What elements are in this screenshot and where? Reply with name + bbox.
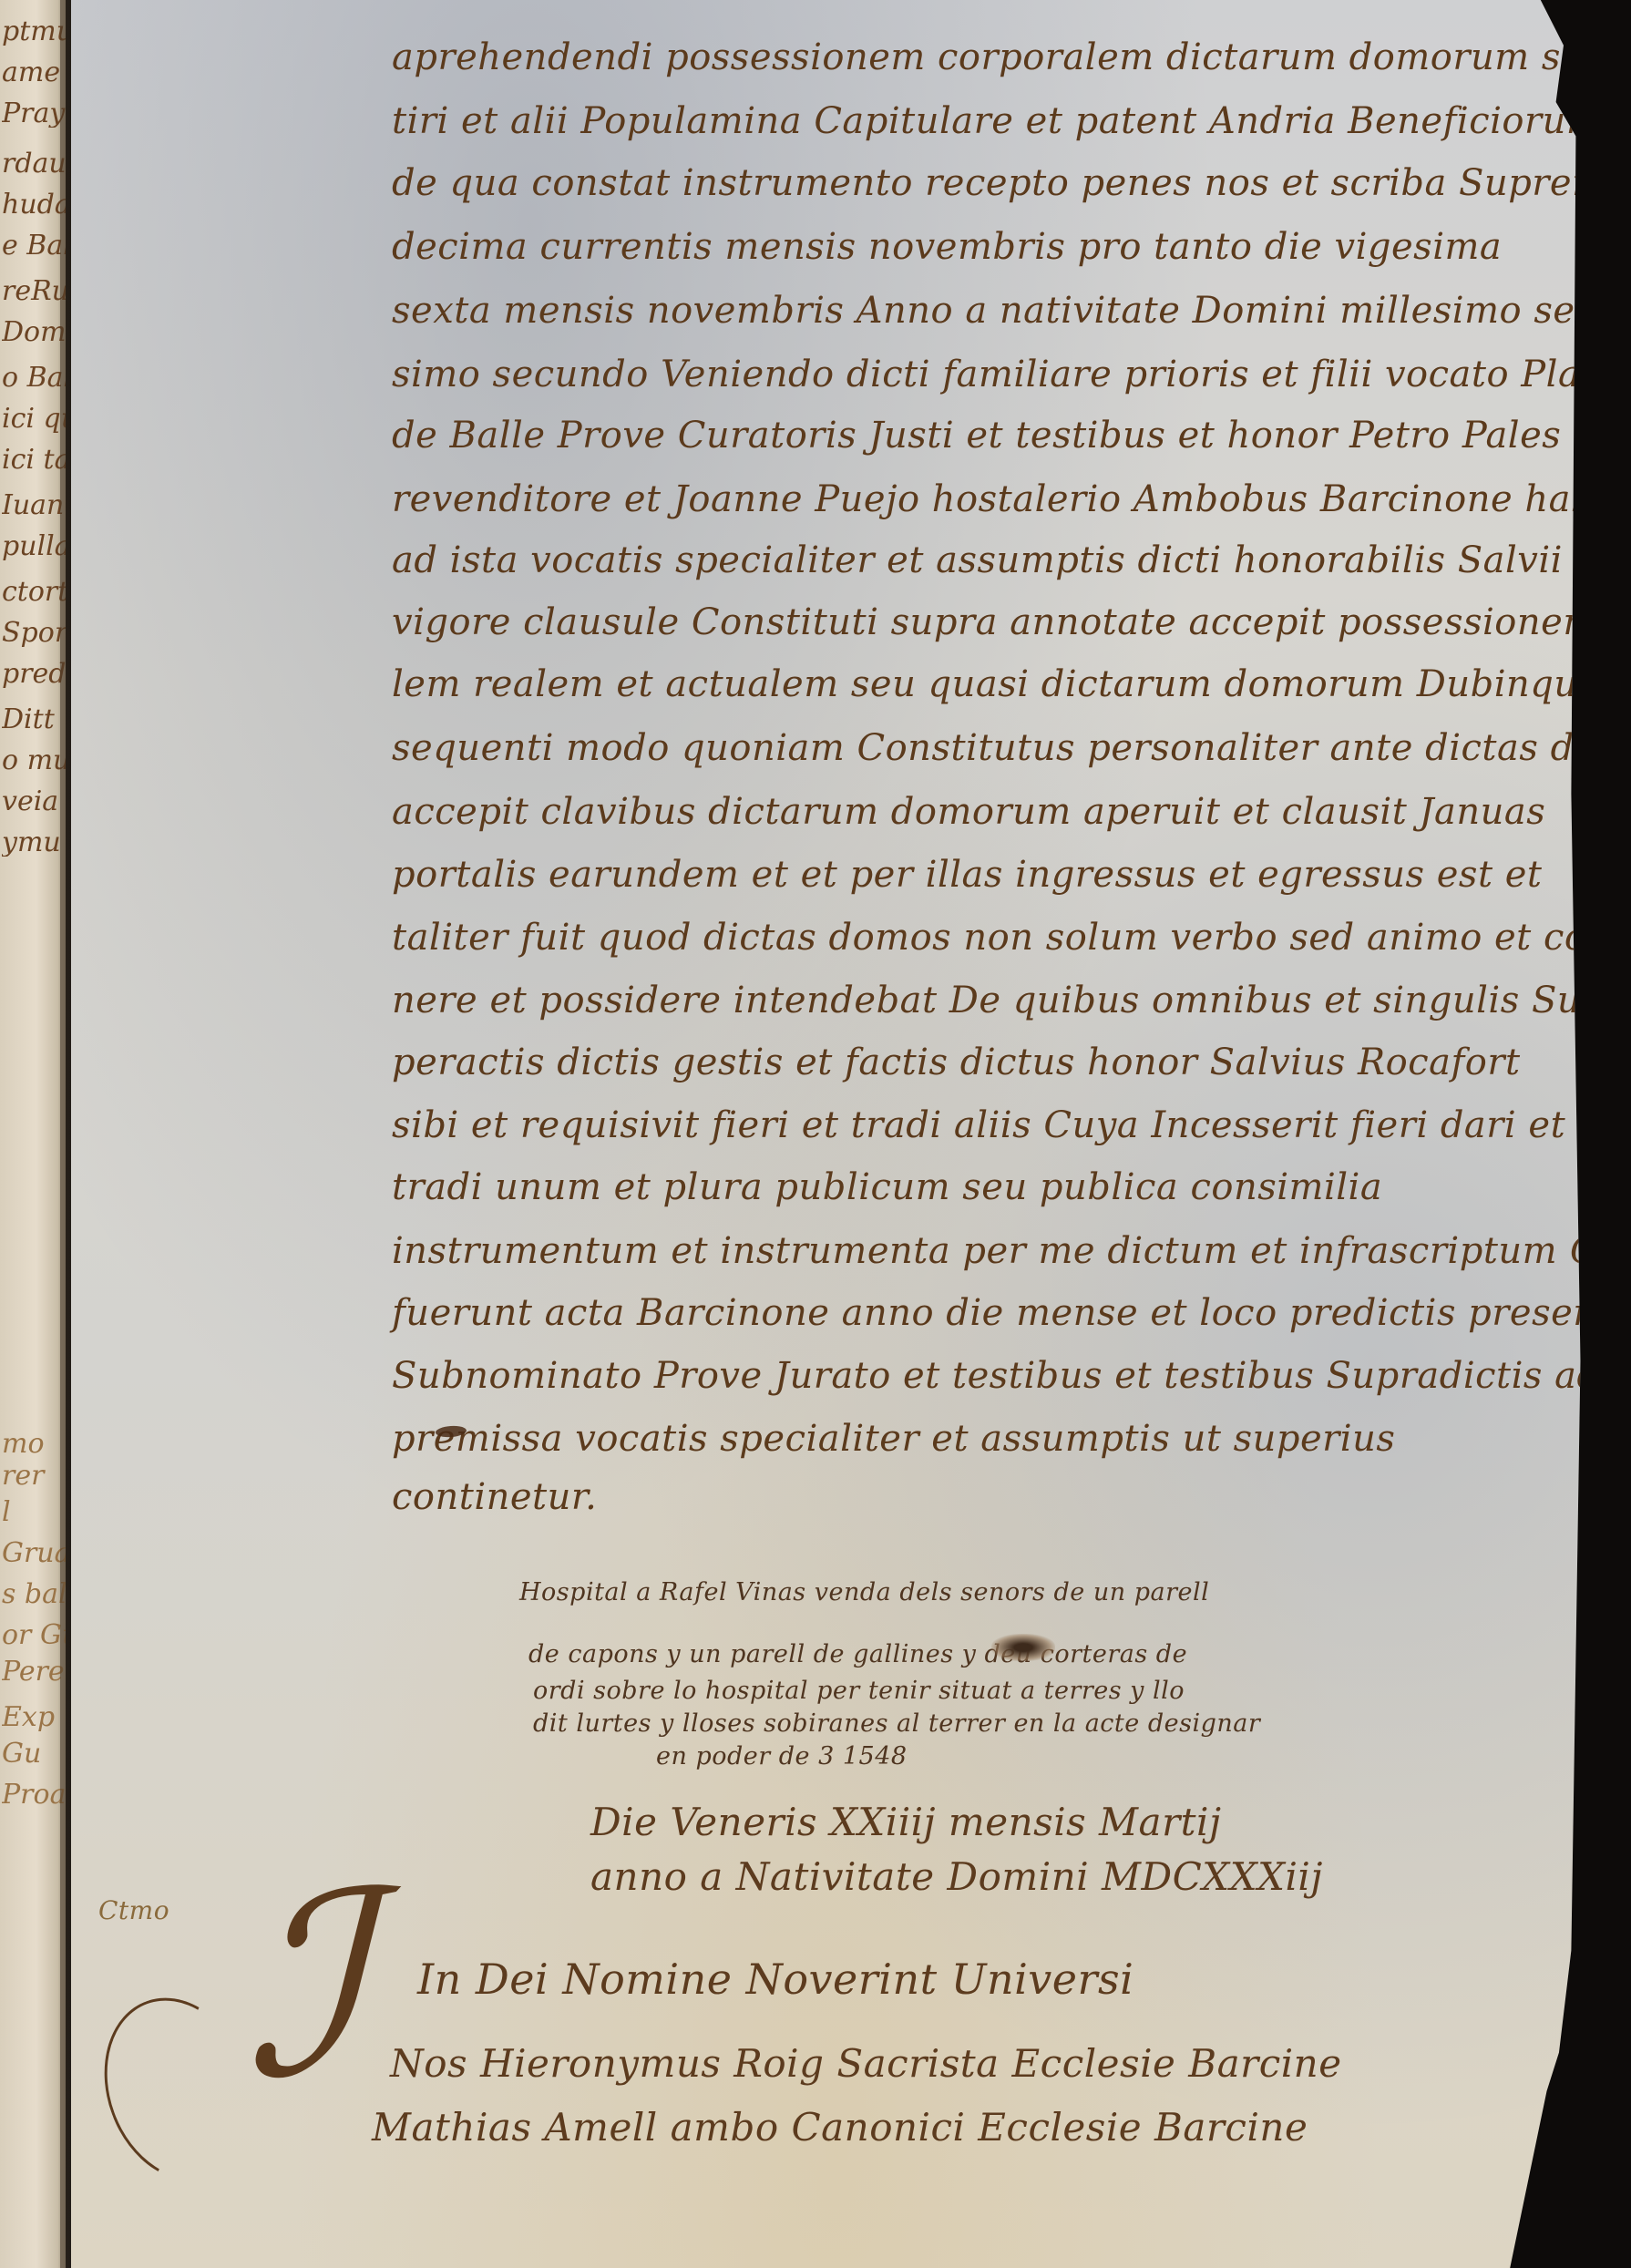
facing-page-line: Exp xyxy=(2,1704,66,1731)
facing-page-line: ici tal xyxy=(2,446,66,474)
ink-stain xyxy=(991,1634,1055,1661)
invocation-line-1: In Dei Nomine Noverint Universi xyxy=(417,1955,1133,2004)
facing-page-line: ame xyxy=(2,59,66,87)
manuscript-line: sibi et requisivit fieri et tradi aliis … xyxy=(392,1104,1565,1146)
facing-page-line: Grua xyxy=(2,1540,66,1567)
manuscript-line: tradi unum et plura publicum seu publica… xyxy=(392,1166,1382,1208)
facing-page-line: or Gu xyxy=(2,1622,66,1649)
facing-page-line: rer xyxy=(2,1462,66,1490)
facing-page-line: ici que xyxy=(2,405,66,433)
facing-page-line: o Bal xyxy=(2,364,66,392)
invocation-line-3: Mathias Amell ambo Canonici Ecclesie Bar… xyxy=(372,2105,1308,2150)
facing-page-line: ymu xyxy=(2,829,66,857)
facing-page-line: Domi xyxy=(2,319,66,346)
facing-page-line: Iuan xyxy=(2,492,66,519)
manuscript-line: ad ista vocatis specialiter et assumptis… xyxy=(392,539,1631,581)
facing-page-line: veia xyxy=(2,788,66,816)
manuscript-line: peractis dictis gestis et factis dictus … xyxy=(392,1042,1521,1083)
facing-page-line: o mu xyxy=(2,747,66,775)
facing-page-line: Spor xyxy=(2,620,66,647)
facing-page-line: predi xyxy=(2,661,66,688)
decorative-initial-flourish: ℐ xyxy=(244,1859,364,2114)
manuscript-line: sequenti modo quoniam Constitutus person… xyxy=(392,727,1631,769)
annotation-line: ordi sobre lo hospital per tenir situat … xyxy=(533,1677,1185,1705)
annotation-line: de capons y un parell de gallines y deu … xyxy=(528,1640,1187,1668)
manuscript-line: de Balle Prove Curatoris Justi et testib… xyxy=(392,415,1561,457)
facing-page-line: reRu xyxy=(2,278,66,305)
manuscript-line: decima currentis mensis novembris pro ta… xyxy=(392,226,1502,268)
facing-page-edge: ptmuamePrayrdauhudae BalreRuDomio Balici… xyxy=(0,0,66,2268)
manuscript-line: instrumentum et instrumenta per me dictu… xyxy=(392,1230,1631,1272)
manuscript-line: premissa vocatis specialiter et assumpti… xyxy=(392,1418,1395,1460)
manuscript-line: Subnominato Prove Jurato et testibus et … xyxy=(392,1355,1601,1397)
annotation-line: dit lurtes y lloses sobiranes al terrer … xyxy=(533,1709,1260,1738)
annotation-line: Hospital a Rafel Vinas venda dels senors… xyxy=(519,1578,1209,1606)
manuscript-line: portalis earundem et et per illas ingres… xyxy=(392,854,1542,896)
manuscript-line: nere et possidere intendebat De quibus o… xyxy=(392,980,1631,1021)
manuscript-line: fuerunt acta Barcinone anno die mense et… xyxy=(392,1292,1631,1334)
facing-page-line: Perer xyxy=(2,1658,66,1686)
annotation-line: en poder de 3 1548 xyxy=(656,1742,908,1770)
facing-page-line: Proap xyxy=(2,1781,66,1809)
facing-page-line: pulla xyxy=(2,533,66,560)
manuscript-line: aprehendendi possessionem corporalem dic… xyxy=(392,36,1631,78)
facing-page-line: ptmu xyxy=(2,18,66,46)
manuscript-line: sexta mensis novembris Anno a nativitate… xyxy=(392,290,1631,332)
manuscript-line: continetur. xyxy=(392,1476,597,1518)
manuscript-line: revenditore et Joanne Puejo hostalerio A… xyxy=(392,478,1631,520)
facing-page-line: rdau xyxy=(2,150,66,178)
manuscript-line: accepit clavibus dictarum domorum aperui… xyxy=(392,791,1545,833)
manuscript-line: lem realem et actualem seu quasi dictaru… xyxy=(392,663,1590,705)
facing-page-line: mo xyxy=(2,1431,66,1458)
manuscript-line: tiri et alii Populamina Capitulare et pa… xyxy=(392,100,1601,142)
manuscript-line: simo secundo Veniendo dicti familiare pr… xyxy=(392,354,1631,395)
manuscript-folio: aprehendendi possessionem corporalem dic… xyxy=(71,0,1602,2268)
manuscript-line: vigore clausule Constituti supra annotat… xyxy=(392,601,1631,643)
date-line-1: Die Veneris XXiiij mensis Martij xyxy=(590,1800,1222,1844)
facing-page-line: huda xyxy=(2,191,66,219)
facing-page-line: Pray xyxy=(2,100,66,128)
facing-page-line: l xyxy=(2,1499,66,1526)
date-line-2: anno a Nativitate Domini MDCXXXiij xyxy=(590,1854,1323,1899)
margin-note: Ctmo xyxy=(98,1895,169,1925)
invocation-line-2: Nos Hieronymus Roig Sacrista Ecclesie Ba… xyxy=(390,2041,1342,2086)
facing-page-line: Gu xyxy=(2,1740,66,1768)
manuscript-line: de qua constat instrumento recepto penes… xyxy=(392,162,1631,204)
facing-page-line: Ditt xyxy=(2,706,66,734)
facing-page-line: s bal xyxy=(2,1581,66,1608)
facing-page-line: e Bal xyxy=(2,232,66,260)
manuscript-line: taliter fuit quod dictas domos non solum… xyxy=(392,917,1631,959)
facing-page-line: ctort xyxy=(2,579,66,606)
